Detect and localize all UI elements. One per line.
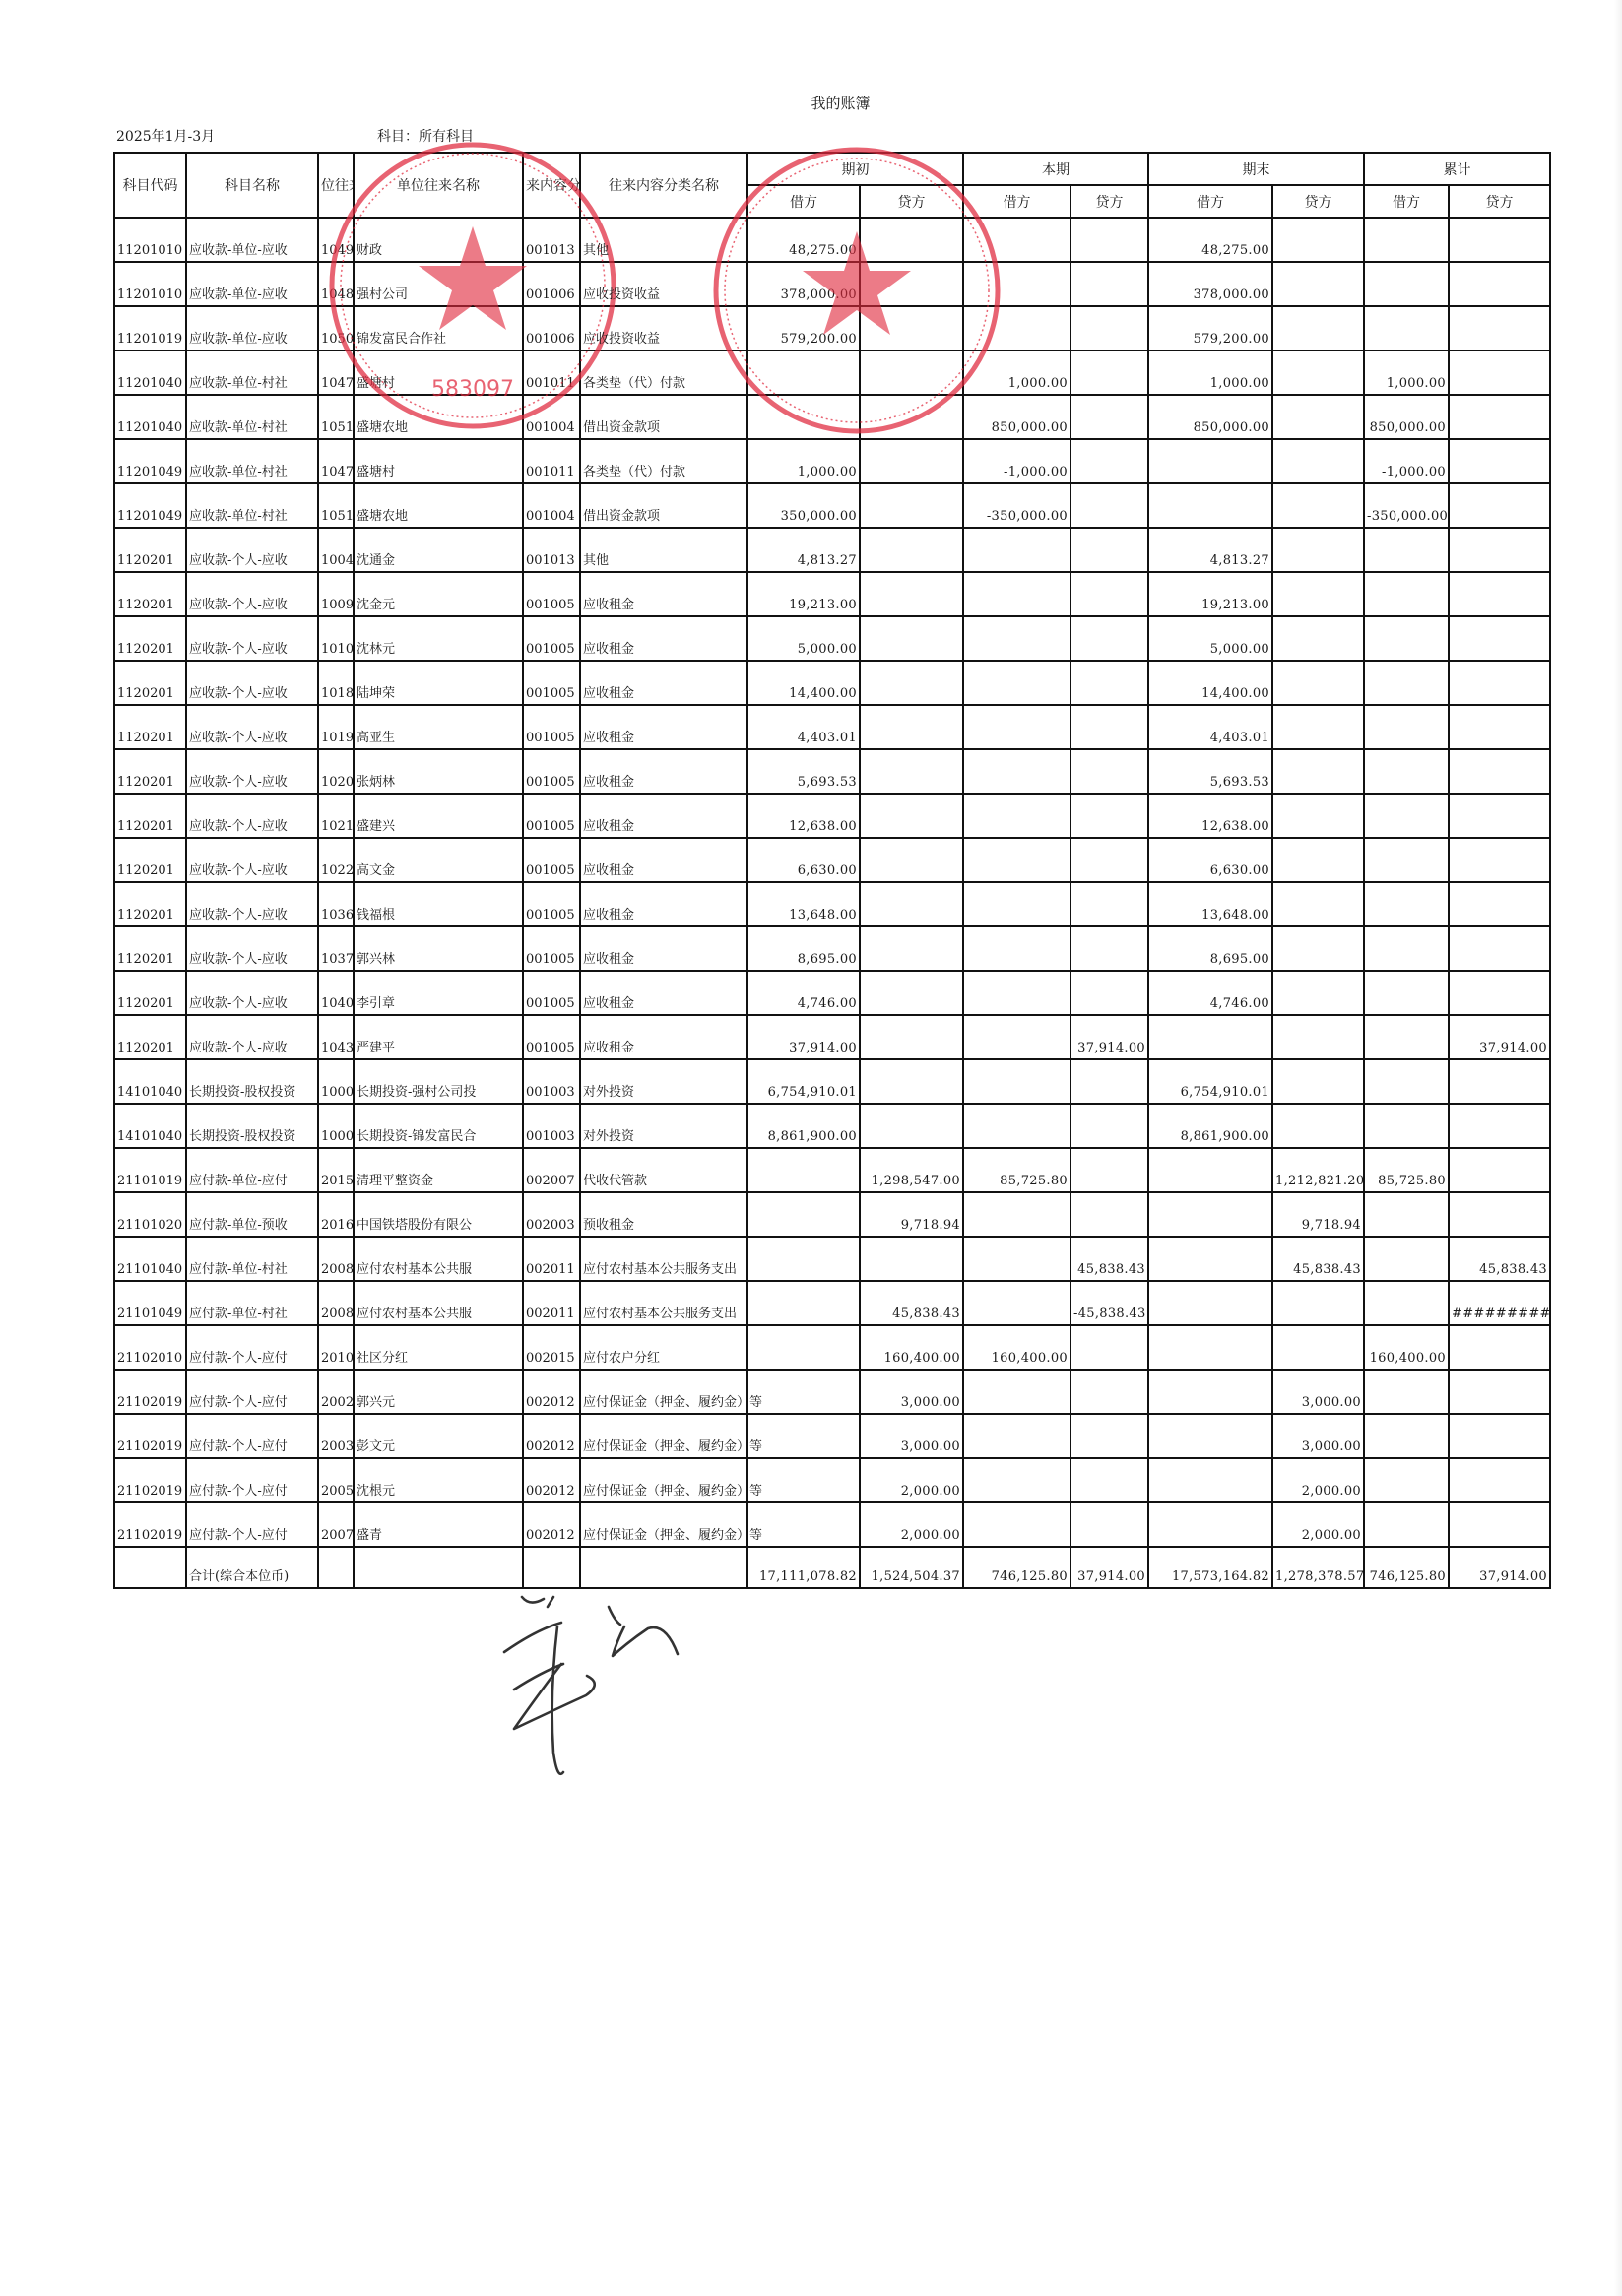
closing-debit-cell: 13,648.00 — [1148, 882, 1272, 926]
opening-debit-cell — [747, 1281, 860, 1325]
category-name-cell: 应付保证金（押金、履约金）等 — [580, 1502, 747, 1547]
total-cumulative-debit: 746,125.80 — [1364, 1547, 1449, 1588]
category-code-cell: 002007 — [523, 1148, 580, 1192]
unit-name-cell: 郭兴林 — [354, 926, 523, 971]
closing-credit-cell — [1272, 439, 1364, 483]
opening-credit-cell: 3,000.00 — [860, 1414, 963, 1458]
cumulative-credit-cell — [1449, 794, 1550, 838]
cumulative-debit-cell — [1364, 616, 1449, 661]
cumulative-credit-cell — [1449, 1458, 1550, 1502]
category-name-cell: 应付农村基本公共服务支出 — [580, 1237, 747, 1281]
opening-debit-cell: 37,914.00 — [747, 1015, 860, 1059]
cumulative-debit-cell: -1,000.00 — [1364, 439, 1449, 483]
category-code-cell: 001011 — [523, 351, 580, 395]
account-name-cell: 应收款-单位-村社 — [186, 439, 318, 483]
cumulative-credit-cell — [1449, 439, 1550, 483]
category-name-cell: 代收代管款 — [580, 1148, 747, 1192]
cumulative-debit-cell — [1364, 749, 1449, 794]
unit-name-cell: 长期投资-强村公司投 — [354, 1059, 523, 1104]
category-name-cell: 应收租金 — [580, 926, 747, 971]
cumulative-credit-cell: ######### — [1449, 1281, 1550, 1325]
closing-credit-cell — [1272, 395, 1364, 439]
current-debit-cell: -350,000.00 — [963, 483, 1071, 528]
header-opening-credit: 贷方 — [860, 185, 963, 218]
closing-debit-cell — [1148, 1192, 1272, 1237]
unit-code-cell: 105100 — [318, 483, 354, 528]
total-row: 合计(综合本位币) 17,111,078.82 1,524,504.37 746… — [114, 1547, 1550, 1588]
total-opening-credit: 1,524,504.37 — [860, 1547, 963, 1588]
account-code-cell: 21101049 — [114, 1281, 186, 1325]
cumulative-credit-cell — [1449, 306, 1550, 351]
table-row: 11201010应收款-单位-应收104900财政001013其他48,275.… — [114, 218, 1550, 262]
closing-debit-cell — [1148, 1148, 1272, 1192]
cumulative-credit-cell — [1449, 1414, 1550, 1458]
cumulative-debit-cell — [1364, 1414, 1449, 1458]
account-name-cell: 应收款-个人-应收 — [186, 971, 318, 1015]
unit-code-cell: 105100 — [318, 395, 354, 439]
table-row: 1120201应收款-个人-应收101000沈林元001005应收租金5,000… — [114, 616, 1550, 661]
opening-debit-cell: 6,754,910.01 — [747, 1059, 860, 1104]
closing-debit-cell: 8,695.00 — [1148, 926, 1272, 971]
closing-debit-cell: 5,693.53 — [1148, 749, 1272, 794]
table-row: 21102010应付款-个人-应付201000社区分红002015应付农户分红1… — [114, 1325, 1550, 1370]
category-name-cell: 借出资金款项 — [580, 483, 747, 528]
opening-debit-cell — [747, 395, 860, 439]
opening-debit-cell: 5,000.00 — [747, 616, 860, 661]
unit-name-cell: 盛青 — [354, 1502, 523, 1547]
opening-credit-cell: 160,400.00 — [860, 1325, 963, 1370]
account-name-cell: 应收款-单位-村社 — [186, 351, 318, 395]
table-row: 21102019应付款-个人-应付200300彭文元002012应付保证金（押金… — [114, 1414, 1550, 1458]
opening-debit-cell: 19,213.00 — [747, 572, 860, 616]
closing-credit-cell — [1272, 1059, 1364, 1104]
unit-name-cell: 强村公司 — [354, 262, 523, 306]
cumulative-debit-cell: 1,000.00 — [1364, 351, 1449, 395]
total-current-debit: 746,125.80 — [963, 1547, 1071, 1588]
handwritten-signature-icon — [492, 1585, 689, 1792]
current-debit-cell — [963, 1281, 1071, 1325]
account-name-cell: 应付款-单位-村社 — [186, 1281, 318, 1325]
category-name-cell: 应收租金 — [580, 661, 747, 705]
unit-name-cell: 陆坤荣 — [354, 661, 523, 705]
current-debit-cell — [963, 1059, 1071, 1104]
opening-debit-cell — [747, 351, 860, 395]
current-debit-cell — [963, 528, 1071, 572]
cumulative-credit-cell — [1449, 351, 1550, 395]
closing-credit-cell — [1272, 749, 1364, 794]
opening-debit-cell — [747, 1414, 860, 1458]
unit-name-cell: 长期投资-锦发富民合 — [354, 1104, 523, 1148]
unit-code-cell: 200800 — [318, 1281, 354, 1325]
cumulative-credit-cell — [1449, 1148, 1550, 1192]
header-cumulative-debit: 借方 — [1364, 185, 1449, 218]
category-name-cell: 应收租金 — [580, 794, 747, 838]
cumulative-credit-cell — [1449, 1502, 1550, 1547]
header-unit-name: 单位往来名称 — [354, 153, 523, 218]
table-row: 1120201应收款-个人-应收100400沈通金001013其他4,813.2… — [114, 528, 1550, 572]
table-row: 21101040应付款-单位-村社200800应付农村基本公共服002011应付… — [114, 1237, 1550, 1281]
account-code-cell: 11201049 — [114, 483, 186, 528]
category-code-cell: 001013 — [523, 218, 580, 262]
account-code-cell: 21101020 — [114, 1192, 186, 1237]
unit-name-cell: 应付农村基本公共服 — [354, 1281, 523, 1325]
category-code-cell: 001003 — [523, 1059, 580, 1104]
current-credit-cell — [1071, 218, 1148, 262]
table-row: 21102019应付款-个人-应付200700盛青002012应付保证金（押金、… — [114, 1502, 1550, 1547]
closing-debit-cell: 5,000.00 — [1148, 616, 1272, 661]
current-debit-cell — [963, 1015, 1071, 1059]
unit-code-cell: 101900 — [318, 705, 354, 749]
unit-name-cell: 沈林元 — [354, 616, 523, 661]
current-debit-cell — [963, 1237, 1071, 1281]
opening-credit-cell — [860, 262, 963, 306]
current-credit-cell — [1071, 1370, 1148, 1414]
account-code-cell: 11201040 — [114, 351, 186, 395]
unit-name-cell: 盛塘农地 — [354, 483, 523, 528]
unit-code-cell: 100000 — [318, 1059, 354, 1104]
current-credit-cell — [1071, 306, 1148, 351]
cumulative-credit-cell — [1449, 616, 1550, 661]
cumulative-credit-cell — [1449, 838, 1550, 882]
unit-code-cell: 200200 — [318, 1370, 354, 1414]
account-code-cell: 21102010 — [114, 1325, 186, 1370]
table-row: 21102019应付款-个人-应付200200郭兴元002012应付保证金（押金… — [114, 1370, 1550, 1414]
closing-debit-cell — [1148, 1015, 1272, 1059]
closing-credit-cell — [1272, 794, 1364, 838]
header-account-name: 科目名称 — [186, 153, 318, 218]
cumulative-debit-cell — [1364, 1502, 1449, 1547]
account-name-cell: 应收款-单位-村社 — [186, 483, 318, 528]
unit-code-cell: 102100 — [318, 794, 354, 838]
closing-credit-cell: 2,000.00 — [1272, 1458, 1364, 1502]
current-debit-cell — [963, 218, 1071, 262]
opening-credit-cell — [860, 395, 963, 439]
current-credit-cell: -45,838.43 — [1071, 1281, 1148, 1325]
account-code-cell: 1120201 — [114, 1015, 186, 1059]
current-debit-cell — [963, 1502, 1071, 1547]
account-code-cell: 11201019 — [114, 306, 186, 351]
table-row: 14101040长期投资-股权投资100000长期投资-锦发富民合001003对… — [114, 1104, 1550, 1148]
cumulative-debit-cell — [1364, 794, 1449, 838]
closing-debit-cell: 850,000.00 — [1148, 395, 1272, 439]
unit-name-cell: 盛建兴 — [354, 794, 523, 838]
closing-debit-cell: 12,638.00 — [1148, 794, 1272, 838]
cumulative-credit-cell — [1449, 218, 1550, 262]
document-title: 我的账簿 — [0, 93, 1622, 113]
unit-code-cell: 104900 — [318, 218, 354, 262]
header-category-code: 来内容分类代 — [523, 153, 580, 218]
header-current-credit: 贷方 — [1071, 185, 1148, 218]
cumulative-credit-cell — [1449, 1370, 1550, 1414]
unit-code-cell: 201000 — [318, 1325, 354, 1370]
opening-debit-cell: 4,813.27 — [747, 528, 860, 572]
opening-debit-cell: 14,400.00 — [747, 661, 860, 705]
closing-debit-cell — [1148, 1281, 1272, 1325]
unit-code-cell: 200500 — [318, 1458, 354, 1502]
total-closing-credit: 1,278,378.57 — [1272, 1547, 1364, 1588]
cumulative-debit-cell: 85,725.80 — [1364, 1148, 1449, 1192]
current-debit-cell: 160,400.00 — [963, 1325, 1071, 1370]
table-row: 21102019应付款-个人-应付200500沈根元002012应付保证金（押金… — [114, 1458, 1550, 1502]
opening-credit-cell — [860, 882, 963, 926]
unit-name-cell: 沈金元 — [354, 572, 523, 616]
account-name-cell: 应收款-个人-应收 — [186, 616, 318, 661]
total-label: 合计(综合本位币) — [186, 1547, 318, 1588]
closing-debit-cell: 4,403.01 — [1148, 705, 1272, 749]
cumulative-debit-cell — [1364, 705, 1449, 749]
cumulative-debit-cell — [1364, 882, 1449, 926]
category-code-cell: 001005 — [523, 616, 580, 661]
ledger-table: 科目代码 科目名称 位往来代 单位往来名称 来内容分类代 往来内容分类名称 期初… — [113, 152, 1551, 1589]
unit-name-cell: 社区分红 — [354, 1325, 523, 1370]
account-code-cell: 21101019 — [114, 1148, 186, 1192]
category-name-cell: 应收租金 — [580, 616, 747, 661]
account-name-cell: 应付款-单位-村社 — [186, 1237, 318, 1281]
account-name-cell: 应收款-个人-应收 — [186, 1015, 318, 1059]
account-name-cell: 应收款-个人-应收 — [186, 794, 318, 838]
account-name-cell: 应付款-个人-应付 — [186, 1325, 318, 1370]
unit-code-cell: 104700 — [318, 351, 354, 395]
current-debit-cell — [963, 616, 1071, 661]
category-name-cell: 各类垫（代）付款 — [580, 351, 747, 395]
cumulative-credit-cell — [1449, 395, 1550, 439]
unit-name-cell: 清理平整资金 — [354, 1148, 523, 1192]
closing-debit-cell: 1,000.00 — [1148, 351, 1272, 395]
category-name-cell: 各类垫（代）付款 — [580, 439, 747, 483]
cumulative-debit-cell — [1364, 1192, 1449, 1237]
account-name-cell: 应付款-个人-应付 — [186, 1370, 318, 1414]
table-row: 1120201应收款-个人-应收101900高亚生001005应收租金4,403… — [114, 705, 1550, 749]
cumulative-credit-cell — [1449, 1104, 1550, 1148]
unit-name-cell: 盛塘农地 — [354, 395, 523, 439]
table-row: 21101020应付款-单位-预收201600中国铁塔股份有限公002003预收… — [114, 1192, 1550, 1237]
cumulative-debit-cell — [1364, 1015, 1449, 1059]
account-code-cell: 1120201 — [114, 926, 186, 971]
cumulative-credit-cell: 45,838.43 — [1449, 1237, 1550, 1281]
scan-edge — [1614, 0, 1622, 2296]
cumulative-debit-cell — [1364, 1458, 1449, 1502]
table-row: 14101040长期投资-股权投资100000长期投资-强村公司投001003对… — [114, 1059, 1550, 1104]
table-row: 11201049应收款-单位-村社104700盛塘村001011各类垫（代）付款… — [114, 439, 1550, 483]
table-row: 11201040应收款-单位-村社105100盛塘农地001004借出资金款项8… — [114, 395, 1550, 439]
category-code-cell: 001005 — [523, 882, 580, 926]
cumulative-debit-cell — [1364, 262, 1449, 306]
category-code-cell: 002003 — [523, 1192, 580, 1237]
account-name-cell: 应付款-个人-应付 — [186, 1414, 318, 1458]
cumulative-debit-cell: -350,000.00 — [1364, 483, 1449, 528]
table-row: 1120201应收款-个人-应收102000张炳林001005应收租金5,693… — [114, 749, 1550, 794]
unit-name-cell: 盛塘村 — [354, 351, 523, 395]
current-debit-cell — [963, 971, 1071, 1015]
cumulative-debit-cell — [1364, 306, 1449, 351]
opening-debit-cell: 4,746.00 — [747, 971, 860, 1015]
unit-code-cell: 104700 — [318, 439, 354, 483]
category-name-cell: 应收租金 — [580, 749, 747, 794]
unit-name-cell: 高亚生 — [354, 705, 523, 749]
closing-debit-cell — [1148, 483, 1272, 528]
category-name-cell: 对外投资 — [580, 1059, 747, 1104]
category-name-cell: 应收投资收益 — [580, 306, 747, 351]
total-opening-debit: 17,111,078.82 — [747, 1547, 860, 1588]
current-debit-cell — [963, 882, 1071, 926]
table-row: 11201040应收款-单位-村社104700盛塘村001011各类垫（代）付款… — [114, 351, 1550, 395]
cumulative-credit-cell — [1449, 1192, 1550, 1237]
category-code-cell: 001005 — [523, 705, 580, 749]
current-credit-cell — [1071, 971, 1148, 1015]
current-debit-cell: 850,000.00 — [963, 395, 1071, 439]
account-code-cell: 1120201 — [114, 882, 186, 926]
opening-credit-cell — [860, 616, 963, 661]
current-debit-cell — [963, 572, 1071, 616]
closing-credit-cell: 1,212,821.20 — [1272, 1148, 1364, 1192]
unit-name-cell: 张炳林 — [354, 749, 523, 794]
closing-debit-cell — [1148, 1237, 1272, 1281]
category-name-cell: 借出资金款项 — [580, 395, 747, 439]
opening-debit-cell: 350,000.00 — [747, 483, 860, 528]
unit-name-cell: 应付农村基本公共服 — [354, 1237, 523, 1281]
category-code-cell: 001003 — [523, 1104, 580, 1148]
opening-credit-cell: 2,000.00 — [860, 1458, 963, 1502]
category-name-cell: 应付保证金（押金、履约金）等 — [580, 1414, 747, 1458]
cumulative-credit-cell — [1449, 1059, 1550, 1104]
opening-credit-cell — [860, 749, 963, 794]
account-name-cell: 应付款-个人-应付 — [186, 1458, 318, 1502]
closing-debit-cell: 14,400.00 — [1148, 661, 1272, 705]
closing-debit-cell: 6,754,910.01 — [1148, 1059, 1272, 1104]
unit-code-cell: 103600 — [318, 882, 354, 926]
account-name-cell: 应付款-个人-应付 — [186, 1502, 318, 1547]
current-credit-cell — [1071, 705, 1148, 749]
table-row: 1120201应收款-个人-应收101800陆坤荣001005应收租金14,40… — [114, 661, 1550, 705]
category-name-cell: 应收租金 — [580, 971, 747, 1015]
account-code-cell: 21101040 — [114, 1237, 186, 1281]
unit-code-cell: 100000 — [318, 1104, 354, 1148]
unit-code-cell: 200800 — [318, 1237, 354, 1281]
opening-debit-cell: 1,000.00 — [747, 439, 860, 483]
account-code-cell: 21102019 — [114, 1458, 186, 1502]
unit-code-cell: 201500 — [318, 1148, 354, 1192]
opening-debit-cell: 13,648.00 — [747, 882, 860, 926]
total-cumulative-credit: 37,914.00 — [1449, 1547, 1550, 1588]
account-name-cell: 应付款-单位-应付 — [186, 1148, 318, 1192]
account-code-cell: 11201049 — [114, 439, 186, 483]
closing-credit-cell — [1272, 926, 1364, 971]
current-credit-cell — [1071, 1148, 1148, 1192]
category-name-cell: 其他 — [580, 218, 747, 262]
total-closing-debit: 17,573,164.82 — [1148, 1547, 1272, 1588]
opening-credit-cell — [860, 838, 963, 882]
category-code-cell: 001005 — [523, 661, 580, 705]
current-credit-cell — [1071, 1325, 1148, 1370]
category-name-cell: 应收租金 — [580, 882, 747, 926]
opening-debit-cell: 6,630.00 — [747, 838, 860, 882]
opening-credit-cell — [860, 528, 963, 572]
category-code-cell: 001005 — [523, 1015, 580, 1059]
header-closing-debit: 借方 — [1148, 185, 1272, 218]
header-opening-debit: 借方 — [747, 185, 860, 218]
closing-credit-cell: 3,000.00 — [1272, 1414, 1364, 1458]
account-name-cell: 应付款-单位-预收 — [186, 1192, 318, 1237]
table-row: 21101019应付款-单位-应付201500清理平整资金002007代收代管款… — [114, 1148, 1550, 1192]
cumulative-credit-cell — [1449, 882, 1550, 926]
header-row-top: 科目代码 科目名称 位往来代 单位往来名称 来内容分类代 往来内容分类名称 期初… — [114, 153, 1550, 185]
category-name-cell: 应收租金 — [580, 572, 747, 616]
category-code-cell: 002015 — [523, 1325, 580, 1370]
opening-credit-cell — [860, 483, 963, 528]
opening-credit-cell — [860, 572, 963, 616]
category-code-cell: 001005 — [523, 971, 580, 1015]
table-row: 11201019应收款-单位-应收105000锦发富民合作社001006应收投资… — [114, 306, 1550, 351]
current-credit-cell — [1071, 262, 1148, 306]
unit-code-cell: 104800 — [318, 262, 354, 306]
unit-code-cell: 102200 — [318, 838, 354, 882]
table-row: 1120201应收款-个人-应收103700郭兴林001005应收租金8,695… — [114, 926, 1550, 971]
closing-credit-cell — [1272, 306, 1364, 351]
closing-debit-cell: 378,000.00 — [1148, 262, 1272, 306]
closing-credit-cell — [1272, 1104, 1364, 1148]
cumulative-debit-cell — [1364, 926, 1449, 971]
current-credit-cell — [1071, 395, 1148, 439]
account-code-cell: 21102019 — [114, 1502, 186, 1547]
opening-debit-cell — [747, 1237, 860, 1281]
category-name-cell: 应付农户分红 — [580, 1325, 747, 1370]
header-opening: 期初 — [747, 153, 963, 185]
unit-name-cell: 沈通金 — [354, 528, 523, 572]
unit-name-cell: 锦发富民合作社 — [354, 306, 523, 351]
header-current: 本期 — [963, 153, 1148, 185]
header-current-debit: 借方 — [963, 185, 1071, 218]
account-name-cell: 应收款-个人-应收 — [186, 572, 318, 616]
report-period: 2025年1月-3月 — [116, 126, 215, 146]
unit-name-cell: 郭兴元 — [354, 1370, 523, 1414]
current-debit-cell: 85,725.80 — [963, 1148, 1071, 1192]
current-credit-cell — [1071, 572, 1148, 616]
current-debit-cell — [963, 1458, 1071, 1502]
unit-code-cell: 101000 — [318, 616, 354, 661]
category-code-cell: 001005 — [523, 794, 580, 838]
current-credit-cell — [1071, 882, 1148, 926]
header-closing-credit: 贷方 — [1272, 185, 1364, 218]
category-name-cell: 对外投资 — [580, 1104, 747, 1148]
opening-debit-cell: 48,275.00 — [747, 218, 860, 262]
total-empty — [580, 1547, 747, 1588]
cumulative-credit-cell — [1449, 661, 1550, 705]
current-credit-cell — [1071, 1059, 1148, 1104]
cumulative-debit-cell — [1364, 838, 1449, 882]
unit-name-cell: 盛塘村 — [354, 439, 523, 483]
closing-credit-cell — [1272, 1325, 1364, 1370]
current-credit-cell — [1071, 528, 1148, 572]
closing-credit-cell — [1272, 528, 1364, 572]
cumulative-credit-cell — [1449, 262, 1550, 306]
header-cumulative: 累计 — [1364, 153, 1550, 185]
opening-credit-cell — [860, 926, 963, 971]
unit-name-cell: 严建平 — [354, 1015, 523, 1059]
category-name-cell: 其他 — [580, 528, 747, 572]
account-name-cell: 应收款-个人-应收 — [186, 882, 318, 926]
table-row: 1120201应收款-个人-应收102200高文金001005应收租金6,630… — [114, 838, 1550, 882]
category-name-cell: 应付保证金（押金、履约金）等 — [580, 1370, 747, 1414]
closing-credit-cell — [1272, 1015, 1364, 1059]
category-code-cell: 001013 — [523, 528, 580, 572]
closing-credit-cell: 45,838.43 — [1272, 1237, 1364, 1281]
account-name-cell: 应收款-单位-应收 — [186, 218, 318, 262]
current-debit-cell — [963, 794, 1071, 838]
unit-code-cell: 201600 — [318, 1192, 354, 1237]
current-credit-cell — [1071, 1458, 1148, 1502]
total-empty — [318, 1547, 354, 1588]
current-credit-cell — [1071, 616, 1148, 661]
